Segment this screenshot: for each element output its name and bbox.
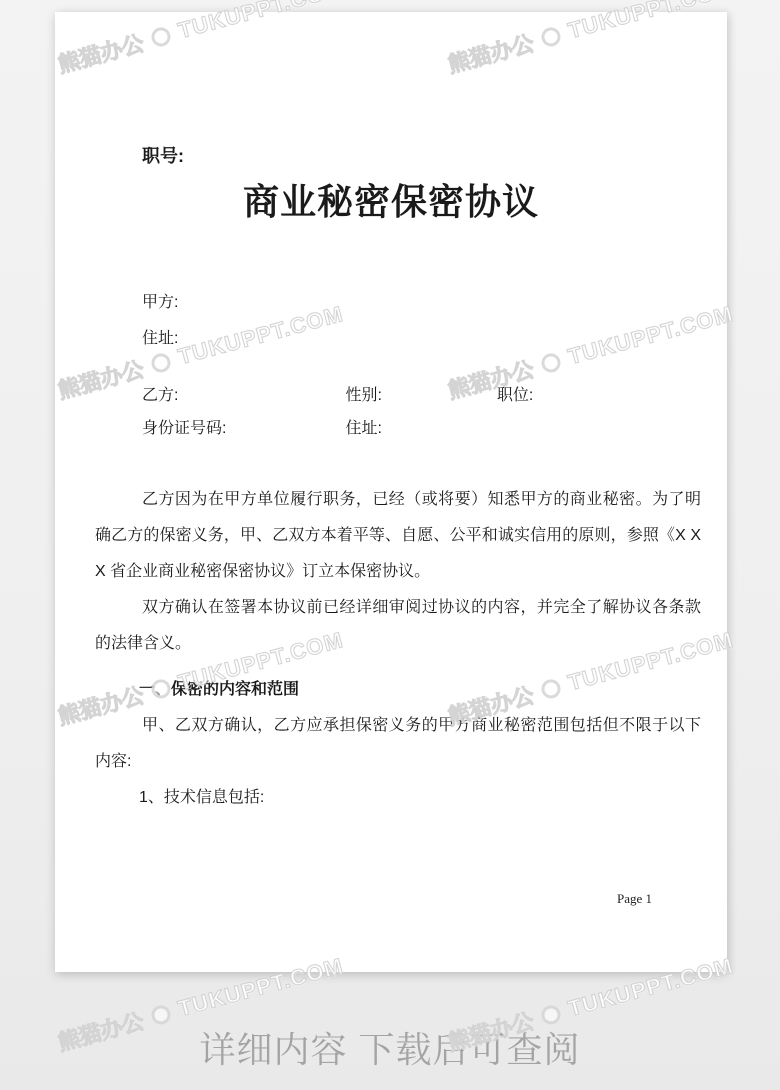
section-1-heading: 一、保密的内容和范围: [95, 672, 701, 708]
download-hint-caption: 详细内容 下载后可查阅: [0, 1022, 780, 1073]
template-preview-canvas: { "watermark": { "brand_cjk": "熊猫办公", "b…: [0, 0, 780, 1090]
party-b-position-label: 职位:: [497, 387, 533, 404]
paragraph: 乙方因为在甲方单位履行职务，已经（或将要）知悉甲方的商业秘密。为了明确乙方的保密…: [95, 482, 701, 590]
party-b-row-1: 乙方: 性别: 职位:: [95, 379, 699, 412]
party-b-id-number-label: 身份证号码:: [142, 412, 341, 445]
page-number: Page 1: [617, 891, 652, 907]
party-a-name-label: 甲方:: [95, 285, 699, 321]
party-b-row-2: 身份证号码: 住址:: [95, 412, 699, 445]
party-b-block: 乙方: 性别: 职位: 身份证号码: 住址:: [95, 379, 699, 445]
job-number-label: 职号:: [95, 144, 699, 168]
party-b-gender-label: 性别:: [345, 379, 492, 412]
document-title: 商业秘密保密协议: [55, 178, 727, 226]
section-1-body: 甲、乙双方确认，乙方应承担保密义务的甲方商业秘密范围包括但不限于以下内容:: [95, 708, 701, 780]
party-a-address-label: 住址:: [95, 321, 699, 357]
section-1-block: 一、保密的内容和范围 甲、乙双方确认，乙方应承担保密义务的甲方商业秘密范围包括但…: [95, 672, 701, 816]
party-a-block: 甲方: 住址:: [95, 285, 699, 357]
party-b-address-label: 住址:: [345, 412, 492, 445]
paragraph: 双方确认在签署本协议前已经详细审阅过协议的内容，并完全了解协议各条款的法律含义。: [95, 590, 701, 662]
party-b-name-label: 乙方:: [142, 379, 341, 412]
section-1-list-item: 1、技术信息包括:: [95, 780, 701, 816]
preamble-paragraphs: 乙方因为在甲方单位履行职务，已经（或将要）知悉甲方的商业秘密。为了明确乙方的保密…: [95, 482, 701, 662]
document-page: 职号: 商业秘密保密协议 甲方: 住址: 乙方: 性别: 职位: 身份证号码: …: [55, 12, 727, 972]
